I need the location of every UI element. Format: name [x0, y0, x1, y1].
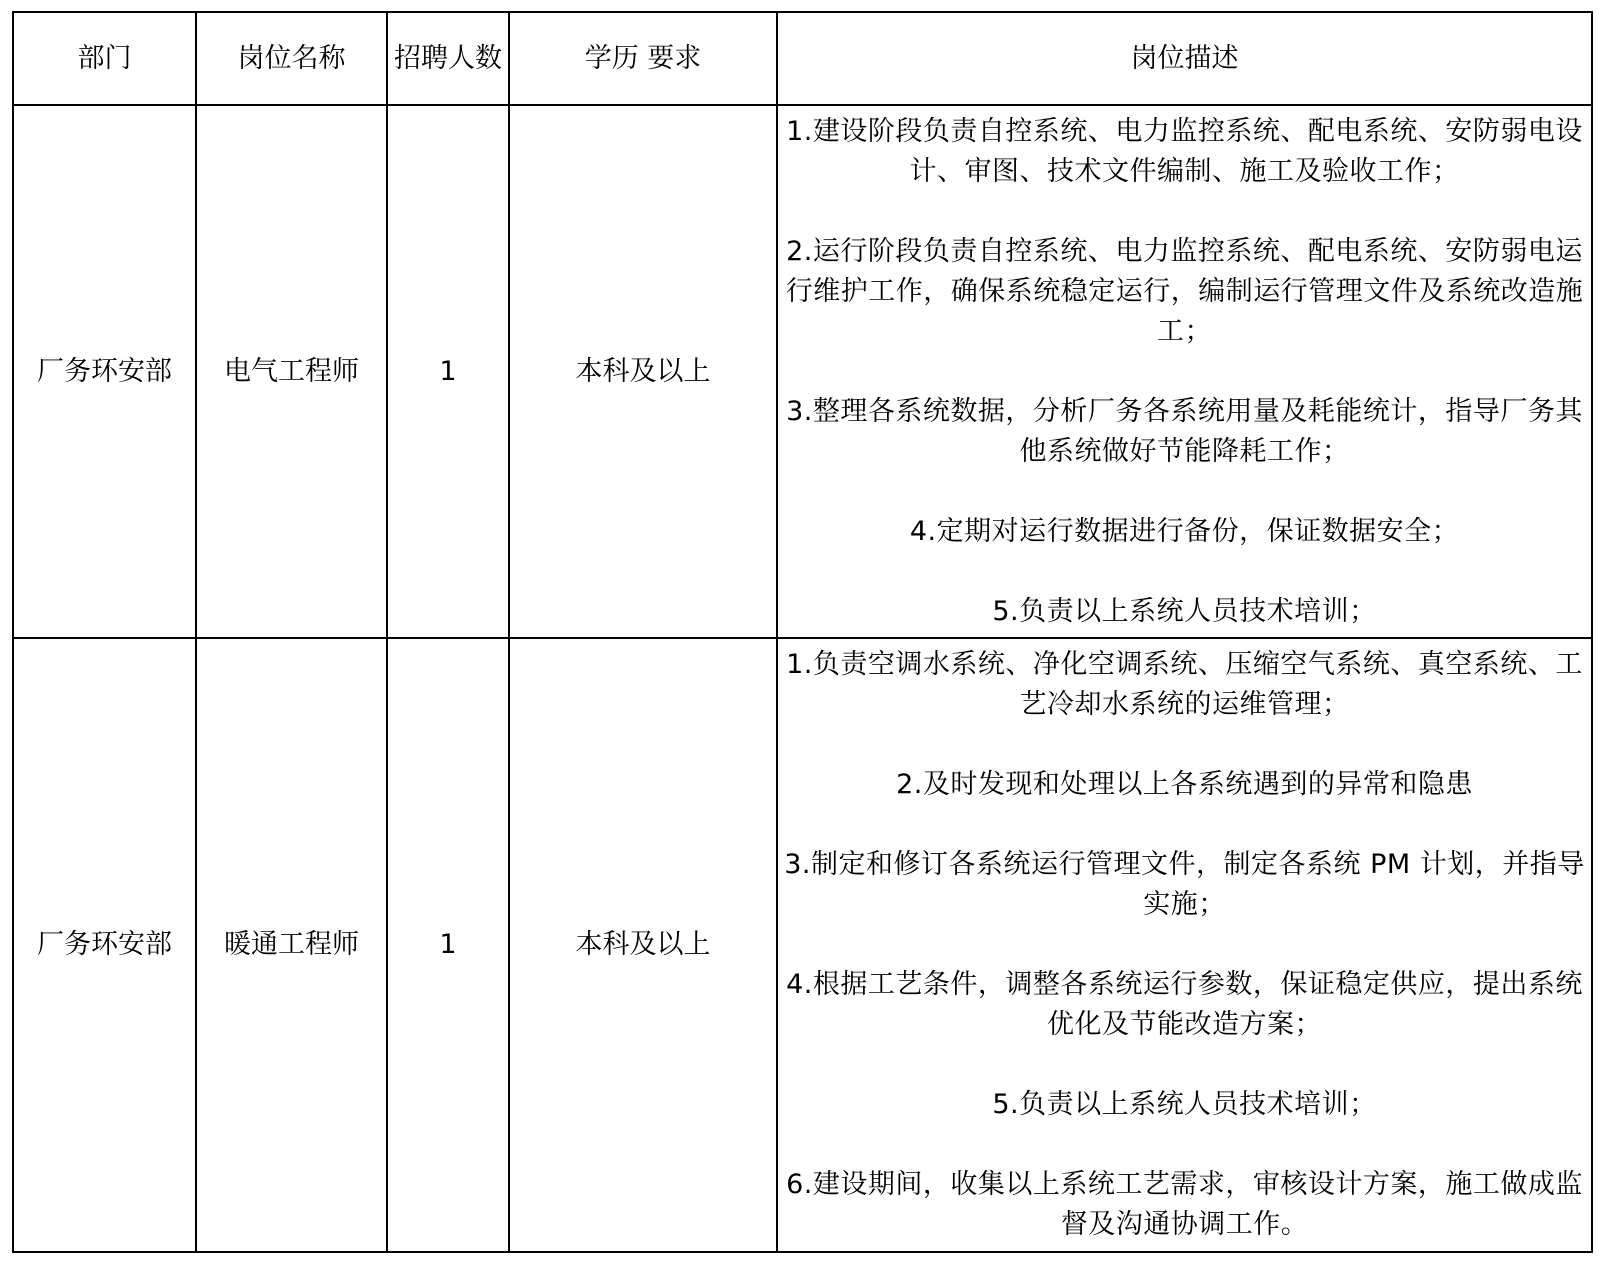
header-education: 学历 要求 — [509, 12, 777, 105]
cell-department: 厂务环安部 — [13, 105, 196, 638]
duty-item: 5.负责以上系统人员技术培训； — [778, 1085, 1591, 1125]
cell-position: 暖通工程师 — [196, 638, 387, 1252]
cell-description: 1.建设阶段负责自控系统、电力监控系统、配电系统、安防弱电设计、审图、技术文件编… — [777, 105, 1592, 638]
header-description: 岗位描述 — [777, 12, 1592, 105]
cell-position: 电气工程师 — [196, 105, 387, 638]
duty-item: 3.整理各系统数据，分析厂务各系统用量及耗能统计，指导厂务其他系统做好节能降耗工… — [778, 392, 1591, 472]
header-department: 部门 — [13, 12, 196, 105]
table-header-row: 部门 岗位名称 招聘人数 学历 要求 岗位描述 — [13, 12, 1592, 105]
duty-item: 2.运行阶段负责自控系统、电力监控系统、配电系统、安防弱电运行维护工作，确保系统… — [778, 232, 1591, 352]
table-row: 厂务环安部 电气工程师 1 本科及以上 1.建设阶段负责自控系统、电力监控系统、… — [13, 105, 1592, 638]
cell-education: 本科及以上 — [509, 105, 777, 638]
header-position: 岗位名称 — [196, 12, 387, 105]
cell-headcount: 1 — [387, 638, 509, 1252]
job-postings-table: 部门 岗位名称 招聘人数 学历 要求 岗位描述 厂务环安部 电气工程师 1 本科… — [12, 11, 1593, 1253]
duty-item: 4.根据工艺条件，调整各系统运行参数，保证稳定供应，提出系统优化及节能改造方案； — [778, 965, 1591, 1045]
cell-department: 厂务环安部 — [13, 638, 196, 1252]
cell-headcount: 1 — [387, 105, 509, 638]
header-headcount: 招聘人数 — [387, 12, 509, 105]
cell-description: 1.负责空调水系统、净化空调系统、压缩空气系统、真空系统、工艺冷却水系统的运维管… — [777, 638, 1592, 1252]
duty-item: 1.负责空调水系统、净化空调系统、压缩空气系统、真空系统、工艺冷却水系统的运维管… — [778, 645, 1591, 725]
duty-item: 3.制定和修订各系统运行管理文件，制定各系统 PM 计划，并指导实施； — [778, 845, 1591, 925]
duty-item: 5.负责以上系统人员技术培训； — [778, 592, 1591, 632]
duty-item: 2.及时发现和处理以上各系统遇到的异常和隐患 — [778, 765, 1591, 805]
duty-item: 4.定期对运行数据进行备份，保证数据安全； — [778, 512, 1591, 552]
cell-education: 本科及以上 — [509, 638, 777, 1252]
table-row: 厂务环安部 暖通工程师 1 本科及以上 1.负责空调水系统、净化空调系统、压缩空… — [13, 638, 1592, 1252]
duty-item: 6.建设期间，收集以上系统工艺需求，审核设计方案，施工做成监督及沟通协调工作。 — [778, 1165, 1591, 1245]
duty-item: 1.建设阶段负责自控系统、电力监控系统、配电系统、安防弱电设计、审图、技术文件编… — [778, 112, 1591, 192]
